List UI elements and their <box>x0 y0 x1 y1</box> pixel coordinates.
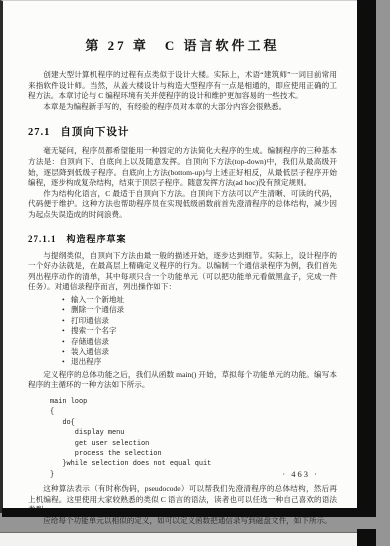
code-line: get user selection <box>50 439 337 449</box>
list-item-label: 搜索一个名字 <box>71 326 117 336</box>
list-item: • 打印通信录 <box>62 316 337 326</box>
code-line: { <box>50 407 337 417</box>
scanned-book-page: 第 27 章 C 语言软件工程 创建大型计算机程序的过程有点类似于设计大楼。实际… <box>0 0 357 513</box>
section-paragraph-2: 作为结构化语言，C 最适于自顶向下方法。自顶向下方法可以产生清晰、可读的代码，代… <box>28 189 337 221</box>
scan-edge-right <box>357 0 376 517</box>
list-item: • 存储通信录 <box>62 337 337 347</box>
chapter-title: 第 27 章 C 语言软件工程 <box>28 35 337 54</box>
list-item: • 输入一个新地址 <box>62 295 337 305</box>
list-item: • 删除一个通信录 <box>62 305 337 315</box>
subsection-title: 构造程序草案 <box>67 234 127 244</box>
operation-list: • 输入一个新地址 • 删除一个通信录 • 打印通信录 • 搜索一个名字 • 存… <box>62 295 337 368</box>
bullet-icon: • <box>62 347 71 357</box>
pseudocode-block: main loop { do{ display menu get user se… <box>50 397 337 480</box>
subsection-paragraph-1: 与提纲类似，自顶向下方法由最一般的描述开始，逐步达到细节。实际上，设计程序的一个… <box>28 251 337 293</box>
code-line: display menu <box>50 428 337 438</box>
subsection-paragraph-2: 定义程序的总体功能之后，我们从函数 main() 开始，草拟每个功能单元的功能。… <box>28 370 337 391</box>
page-content: 第 27 章 C 语言软件工程 创建大型计算机程序的过程有点类似于设计大楼。实际… <box>3 1 357 545</box>
list-item-label: 存储通信录 <box>71 337 109 347</box>
list-item-label: 装入通信录 <box>71 347 109 357</box>
list-item: • 搜索一个名字 <box>62 326 337 336</box>
section-number: 27.1 <box>28 127 50 138</box>
list-item-label: 退出程序 <box>71 357 101 367</box>
scan-edge-bottom <box>2 508 376 517</box>
code-line: process the selection <box>50 449 337 459</box>
list-item-label: 打印通信录 <box>71 316 109 326</box>
next-page-scan-edge <box>357 529 376 546</box>
subsection-number: 27.1.1 <box>28 234 57 244</box>
intro-paragraph-2: 本章是为编程新手写的，有经验的程序员对本章的大部分内容会很熟悉。 <box>28 102 337 113</box>
section-paragraph-1: 毫无疑问，程序员都希望能用一种固定的方法简化大程序的生成。编制程序的三种基本方法… <box>28 146 337 188</box>
page-number: · 463 · <box>282 469 319 479</box>
list-item: • 退出程序 <box>62 357 337 367</box>
code-line: main loop <box>50 397 337 407</box>
intro-paragraph-1: 创建大型计算机程序的过程有点类似于设计大楼。实际上，术语“建筑师”一词目前常用来… <box>28 70 337 102</box>
bullet-icon: • <box>62 357 71 367</box>
section-title: 自顶向下设计 <box>60 127 129 138</box>
bullet-icon: • <box>62 326 71 336</box>
list-item-label: 删除一个通信录 <box>71 305 124 315</box>
section-heading: 27.1自顶向下设计 <box>28 124 337 139</box>
subsection-paragraph-4: 应给每个功能单元以相似的定义，如可以定义函数把通信录写到磁盘文件，如下所示。 <box>28 516 337 527</box>
code-line: do{ <box>50 418 337 428</box>
next-page-sliver <box>0 532 357 546</box>
list-item: • 装入通信录 <box>62 347 337 357</box>
bullet-icon: • <box>62 316 71 326</box>
bullet-icon: • <box>62 305 71 315</box>
list-item-label: 输入一个新地址 <box>71 295 124 305</box>
subsection-heading: 27.1.1构造程序草案 <box>28 232 337 245</box>
bullet-icon: • <box>62 295 71 305</box>
bullet-icon: • <box>62 337 71 347</box>
